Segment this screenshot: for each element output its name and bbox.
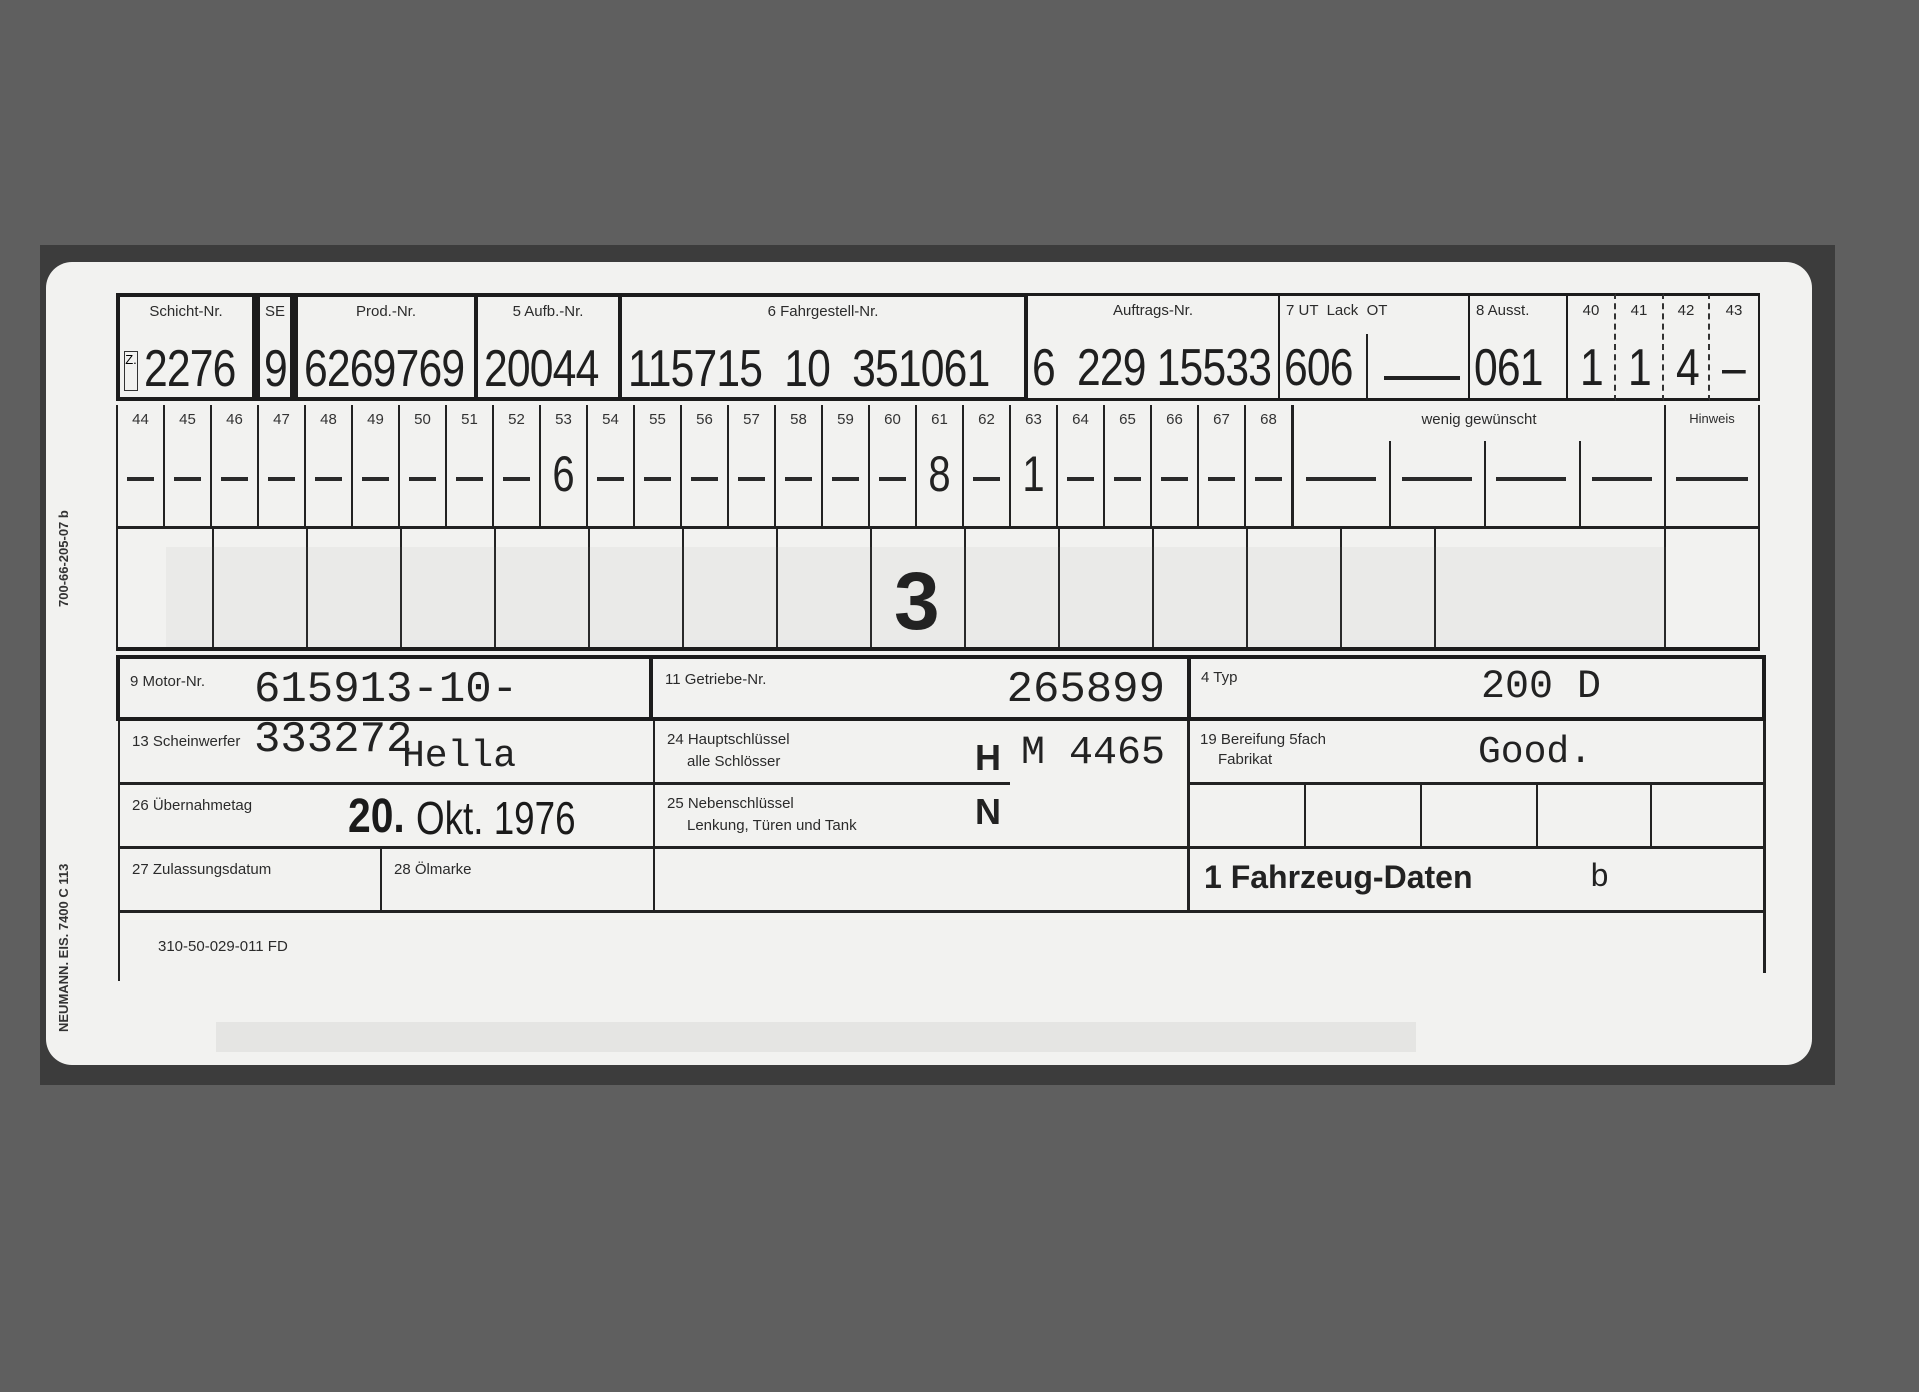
code-cell-54: 54 <box>588 405 635 526</box>
field-hauptschluessel: 24 Hauptschlüssel alle Schlösser H M 446… <box>653 721 1187 785</box>
field-auftrags-nr: Auftrags-Nr. 6 229 15533 <box>1028 293 1280 401</box>
code-cell-45: 45 <box>165 405 212 526</box>
field-typ: 4 Typ 200 D <box>1187 655 1766 721</box>
code-cell-48: 48 <box>306 405 353 526</box>
side-code-top: 700-66-205-07 b <box>56 510 71 607</box>
field-bereifung: 19 Bereifung 5fach Fabrikat Good. <box>1187 721 1766 785</box>
code-cell-56: 56 <box>682 405 729 526</box>
field-nebenschluessel: 25 Nebenschlüssel Lenkung, Türen und Tan… <box>653 785 1187 849</box>
field-40: 40 1 <box>1568 293 1616 401</box>
code-cell-53: 536 <box>541 405 588 526</box>
blank-field <box>653 849 1187 913</box>
code-cell-49: 49 <box>353 405 400 526</box>
hinweis-cell: Hinweis <box>1664 405 1760 529</box>
code-cell-50: 50 <box>400 405 447 526</box>
code-cell-61: 618 <box>917 405 964 526</box>
field-lack: 7 UT Lack OT 606 <box>1280 293 1470 401</box>
field-schicht-nr: Schicht-Nr. Z. 2276 <box>116 293 256 401</box>
code-cell-68: 68 <box>1246 405 1293 526</box>
form-number: 310-50-029-011 FD <box>158 938 288 955</box>
form-title-box: 1 Fahrzeug-Daten b <box>1187 849 1766 913</box>
code-cell-59: 59 <box>823 405 870 526</box>
code-cell-57: 57 <box>729 405 776 526</box>
code-cell-62: 62 <box>964 405 1011 526</box>
bottom-right-rule <box>1763 913 1766 973</box>
field-aufb-nr: 5 Aufb.-Nr. 20044 <box>478 293 618 401</box>
field-43: 43 – <box>1710 293 1760 401</box>
field-41: 41 1 <box>1616 293 1664 401</box>
side-code-bottom: NEUMANN. EIS. 7400 C 113 <box>56 864 71 1032</box>
lack-ot-dash <box>1384 376 1460 380</box>
blank-boxes <box>1187 785 1766 849</box>
code-row: 44 45 46 47 48 49 50 51 52 536 54 55 56 … <box>116 405 1338 529</box>
code-cell-58: 58 <box>776 405 823 526</box>
code-cell-63: 631 <box>1011 405 1058 526</box>
field-se: SE 9 <box>256 293 294 401</box>
code-cell-46: 46 <box>212 405 259 526</box>
z-prefix: Z. <box>124 351 138 391</box>
form-title: 1 Fahrzeug-Daten <box>1204 859 1472 896</box>
field-uebernahmetag: 26 Übernahmetag 20. Okt. 1976 <box>118 785 653 849</box>
code-cell-55: 55 <box>635 405 682 526</box>
bottom-left-rule <box>118 913 120 981</box>
field-42: 42 4 <box>1664 293 1710 401</box>
code-cell-67: 67 <box>1199 405 1246 526</box>
code-cell-65: 65 <box>1105 405 1152 526</box>
code-cell-60: 60 <box>870 405 917 526</box>
field-oelmarke: 28 Ölmarke <box>382 849 653 913</box>
code-cell-47: 47 <box>259 405 306 526</box>
code-cell-44: 44 <box>118 405 165 526</box>
field-ausst: 8 Ausst. 061 <box>1470 293 1568 401</box>
wenig-gewuenscht-group: wenig gewünscht <box>1292 405 1664 529</box>
field-getriebe-nr: 11 Getriebe-Nr. 265899 <box>653 655 1187 721</box>
form-title-suffix: b <box>1590 859 1609 896</box>
code-cell-64: 64 <box>1058 405 1105 526</box>
field-motor-nr: 9 Motor-Nr. 615913-10-333272 <box>116 655 653 721</box>
lack-divider <box>1366 334 1368 400</box>
code-cell-51: 51 <box>447 405 494 526</box>
vehicle-data-card: 700-66-205-07 b NEUMANN. EIS. 7400 C 113… <box>46 262 1812 1065</box>
field-scheinwerfer: 13 Scheinwerfer Hella <box>118 721 653 785</box>
code-cell-52: 52 <box>494 405 541 526</box>
code-cell-66: 66 <box>1152 405 1199 526</box>
field-fahrgestell-nr: 6 Fahrgestell-Nr. 115715 10 351061 <box>618 293 1028 401</box>
field-zulassungsdatum: 27 Zulassungsdatum <box>118 849 382 913</box>
field-prod-nr: Prod.-Nr. 6269769 <box>294 293 478 401</box>
